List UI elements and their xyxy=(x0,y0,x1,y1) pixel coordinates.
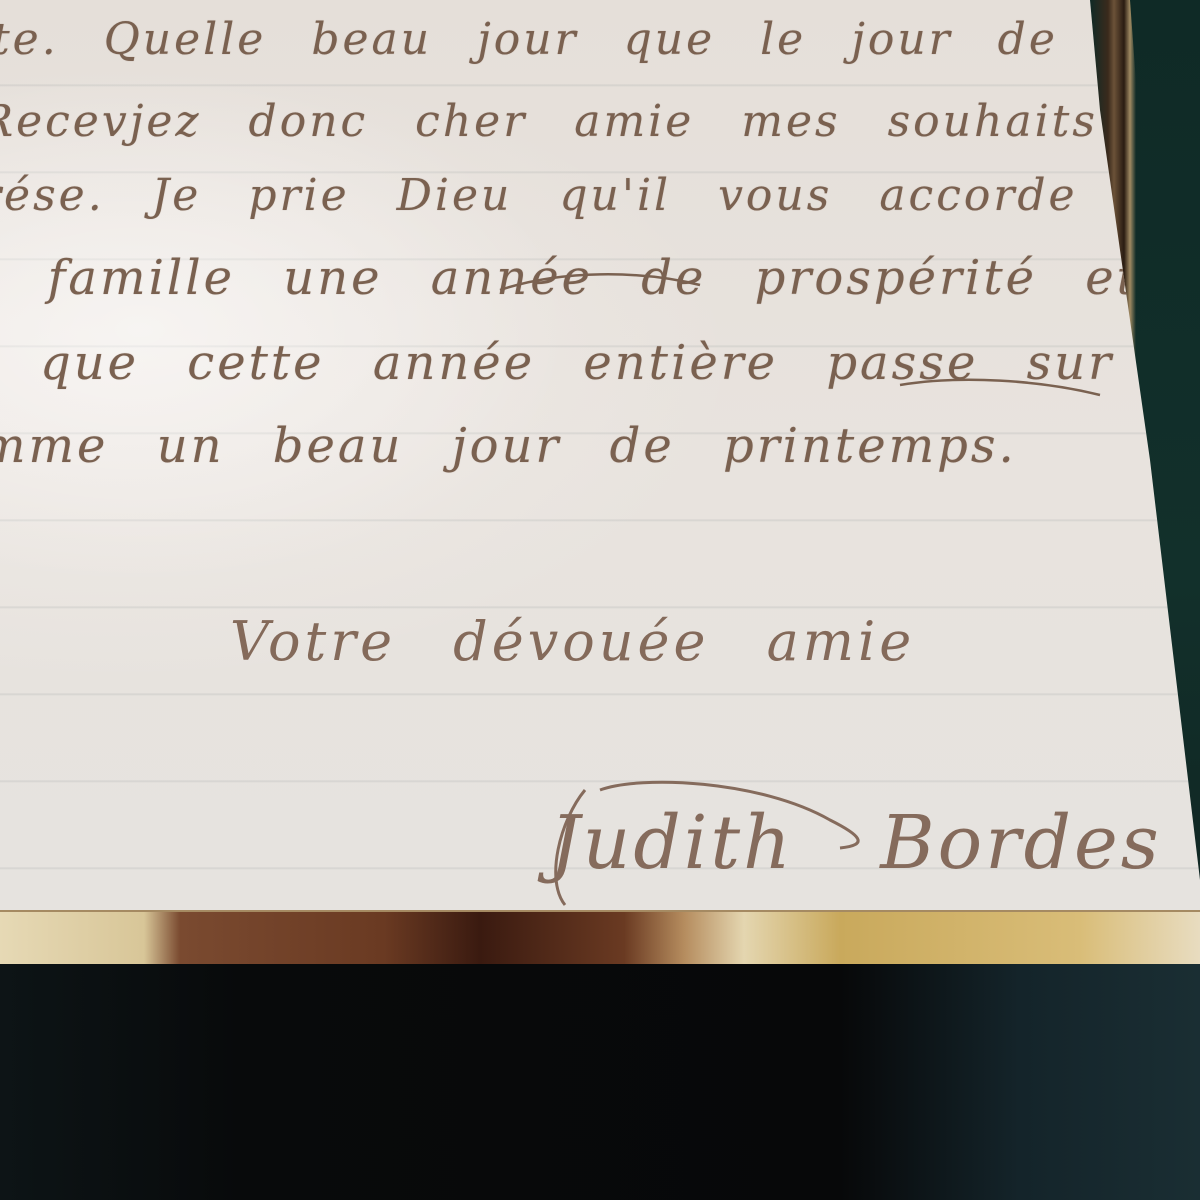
letter-closing: Votre dévouée amie xyxy=(230,610,915,673)
letter-line-2: Recevjez donc cher amie mes souhaits xyxy=(0,96,1098,147)
letter-line-6: mme un beau jour de printemps. xyxy=(0,418,1017,474)
letter-line-3: rése. Je prie Dieu qu'il vous accorde a xyxy=(0,170,1154,221)
letter-paper: te. Quelle beau jour que le jour de Rece… xyxy=(0,0,1200,915)
gold-mat-strip xyxy=(0,910,1200,964)
letter-line-1: te. Quelle beau jour que le jour de xyxy=(0,14,1058,65)
letter-line-5: que cette année entière passe sur vos xyxy=(40,335,1200,391)
letter-line-4: e famille une année de prospérité et xyxy=(0,250,1139,306)
framed-letter-photo: te. Quelle beau jour que le jour de Rece… xyxy=(0,0,1200,1200)
letter-signature: Judith Bordes xyxy=(550,800,1162,886)
